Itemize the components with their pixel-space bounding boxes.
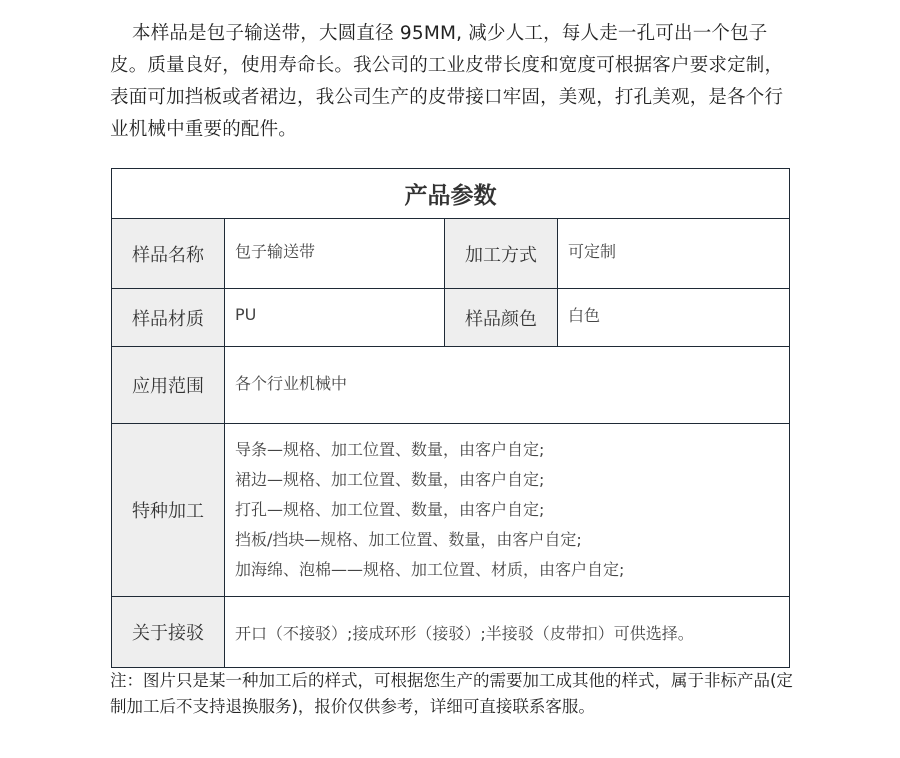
special-processing-line: 挡板/挡块—规格、加工位置、数量，由客户自定;	[235, 525, 789, 555]
value-special-processing: 导条—规格、加工位置、数量，由客户自定; 裙边—规格、加工位置、数量，由客户自定…	[225, 424, 790, 597]
value-splicing: 开口（不接驳）;接成环形（接驳）;半接驳（皮带扣）可供选择。	[225, 597, 790, 668]
product-params-table: 产品参数 样品名称 包子输送带 加工方式 可定制 样品材质 PU 样品颜色 白色…	[111, 168, 790, 668]
value-application-range: 各个行业机械中	[225, 347, 790, 424]
label-splicing: 关于接驳	[112, 597, 225, 668]
special-processing-line: 加海绵、泡棉——规格、加工位置、材质，由客户自定;	[235, 555, 789, 585]
table-row: 应用范围 各个行业机械中	[112, 347, 790, 424]
special-processing-line: 裙边—规格、加工位置、数量，由客户自定;	[235, 465, 789, 495]
value-sample-name: 包子输送带	[225, 219, 445, 289]
table-row: 样品名称 包子输送带 加工方式 可定制	[112, 219, 790, 289]
table-row: 样品材质 PU 样品颜色 白色	[112, 289, 790, 347]
value-sample-color: 白色	[558, 289, 790, 347]
note-paragraph: 注：图片只是某一种加工后的样式，可根据您生产的需要加工成其他的样式，属于非标产品…	[110, 668, 800, 720]
table-row: 特种加工 导条—规格、加工位置、数量，由客户自定; 裙边—规格、加工位置、数量，…	[112, 424, 790, 597]
intro-text: 本样品是包子输送带，大圆直径 95MM, 减少人工，每人走一孔可出一个包子皮。质…	[110, 18, 800, 146]
note-text: 注：图片只是某一种加工后的样式，可根据您生产的需要加工成其他的样式，属于非标产品…	[110, 668, 800, 720]
intro-paragraph: 本样品是包子输送带，大圆直径 95MM, 减少人工，每人走一孔可出一个包子皮。质…	[110, 18, 800, 146]
label-application-range: 应用范围	[112, 347, 225, 424]
value-processing-method: 可定制	[558, 219, 790, 289]
value-sample-material: PU	[225, 289, 445, 347]
label-sample-color: 样品颜色	[445, 289, 558, 347]
label-sample-material: 样品材质	[112, 289, 225, 347]
special-processing-line: 打孔—规格、加工位置、数量，由客户自定;	[235, 495, 789, 525]
special-processing-line: 导条—规格、加工位置、数量，由客户自定;	[235, 435, 789, 465]
label-processing-method: 加工方式	[445, 219, 558, 289]
label-sample-name: 样品名称	[112, 219, 225, 289]
table-row: 关于接驳 开口（不接驳）;接成环形（接驳）;半接驳（皮带扣）可供选择。	[112, 597, 790, 668]
table-title: 产品参数	[112, 169, 790, 219]
label-special-processing: 特种加工	[112, 424, 225, 597]
